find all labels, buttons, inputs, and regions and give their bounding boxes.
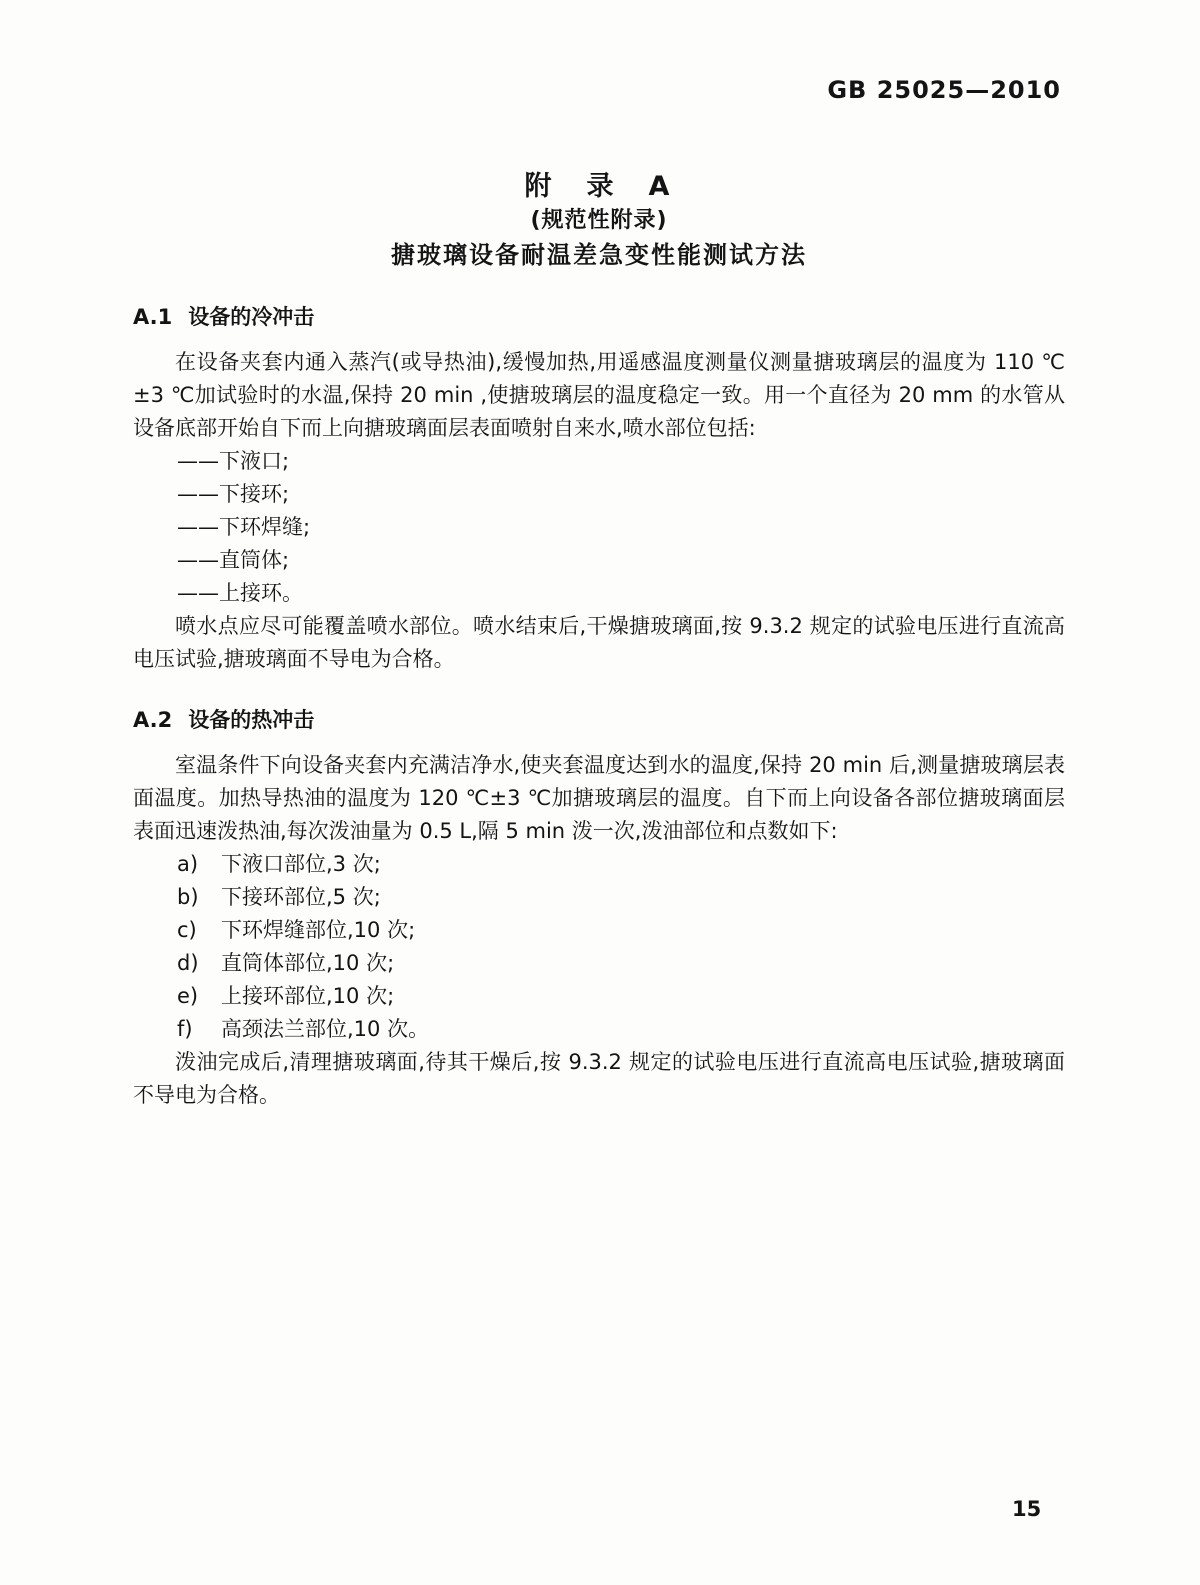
item-label: c) — [177, 914, 221, 947]
page-content: GB 25025—2010 附 录 A (规范性附录) 搪玻璃设备耐温差急变性能… — [133, 0, 1065, 1112]
list-item: ——上接环。 — [177, 577, 1065, 610]
list-item: e) 上接环部位,10 次; — [177, 980, 1065, 1013]
section-number: A.2 — [133, 708, 172, 732]
list-item: ——下液口; — [177, 445, 1065, 478]
appendix-name: 搪玻璃设备耐温差急变性能测试方法 — [133, 237, 1065, 273]
section-a1: A.1设备的冷冲击 在设备夹套内通入蒸汽(或导热油),缓慢加热,用遥感温度测量仪… — [133, 301, 1065, 676]
appendix-title-block: 附 录 A (规范性附录) 搪玻璃设备耐温差急变性能测试方法 — [133, 170, 1065, 273]
list-item: a) 下液口部位,3 次; — [177, 848, 1065, 881]
section-number: A.1 — [133, 305, 172, 329]
list-item: ——下接环; — [177, 478, 1065, 511]
item-text: 下环焊缝部位,10 次; — [221, 914, 415, 947]
item-label: e) — [177, 980, 221, 1013]
item-text: 高颈法兰部位,10 次。 — [221, 1013, 429, 1046]
item-text: 下液口部位,3 次; — [221, 848, 381, 881]
list-item: b) 下接环部位,5 次; — [177, 881, 1065, 914]
section-title: 设备的冷冲击 — [188, 305, 314, 329]
document-page: GB 25025—2010 附 录 A (规范性附录) 搪玻璃设备耐温差急变性能… — [0, 0, 1200, 1585]
paragraph: 泼油完成后,清理搪玻璃面,待其干燥后,按 9.3.2 规定的试验电压进行直流高电… — [133, 1046, 1065, 1112]
list-item: ——直筒体; — [177, 544, 1065, 577]
spray-location-list: ——下液口; ——下接环; ——下环焊缝; ——直筒体; ——上接环。 — [133, 445, 1065, 610]
list-item: ——下环焊缝; — [177, 511, 1065, 544]
item-text: 直筒体部位,10 次; — [221, 947, 394, 980]
oil-point-list: a) 下液口部位,3 次; b) 下接环部位,5 次; c) 下环焊缝部位,10… — [133, 848, 1065, 1046]
list-item: f) 高颈法兰部位,10 次。 — [177, 1013, 1065, 1046]
paragraph: 喷水点应尽可能覆盖喷水部位。喷水结束后,干燥搪玻璃面,按 9.3.2 规定的试验… — [133, 610, 1065, 676]
appendix-title: 附 录 A — [133, 170, 1065, 204]
list-item: c) 下环焊缝部位,10 次; — [177, 914, 1065, 947]
item-text: 上接环部位,10 次; — [221, 980, 394, 1013]
doc-number: GB 25025—2010 — [133, 76, 1065, 104]
item-text: 下接环部位,5 次; — [221, 881, 381, 914]
section-a1-heading: A.1设备的冷冲击 — [133, 301, 1065, 334]
page-number: 15 — [1012, 1497, 1041, 1521]
section-a2-heading: A.2设备的热冲击 — [133, 704, 1065, 737]
item-label: b) — [177, 881, 221, 914]
list-item: d) 直筒体部位,10 次; — [177, 947, 1065, 980]
section-a2: A.2设备的热冲击 室温条件下向设备夹套内充满洁净水,使夹套温度达到水的温度,保… — [133, 704, 1065, 1112]
item-label: f) — [177, 1013, 221, 1046]
section-title: 设备的热冲击 — [188, 708, 314, 732]
appendix-subtitle: (规范性附录) — [133, 204, 1065, 237]
paragraph: 室温条件下向设备夹套内充满洁净水,使夹套温度达到水的温度,保持 20 min 后… — [133, 749, 1065, 848]
item-label: a) — [177, 848, 221, 881]
item-label: d) — [177, 947, 221, 980]
paragraph: 在设备夹套内通入蒸汽(或导热油),缓慢加热,用遥感温度测量仪测量搪玻璃层的温度为… — [133, 346, 1065, 445]
